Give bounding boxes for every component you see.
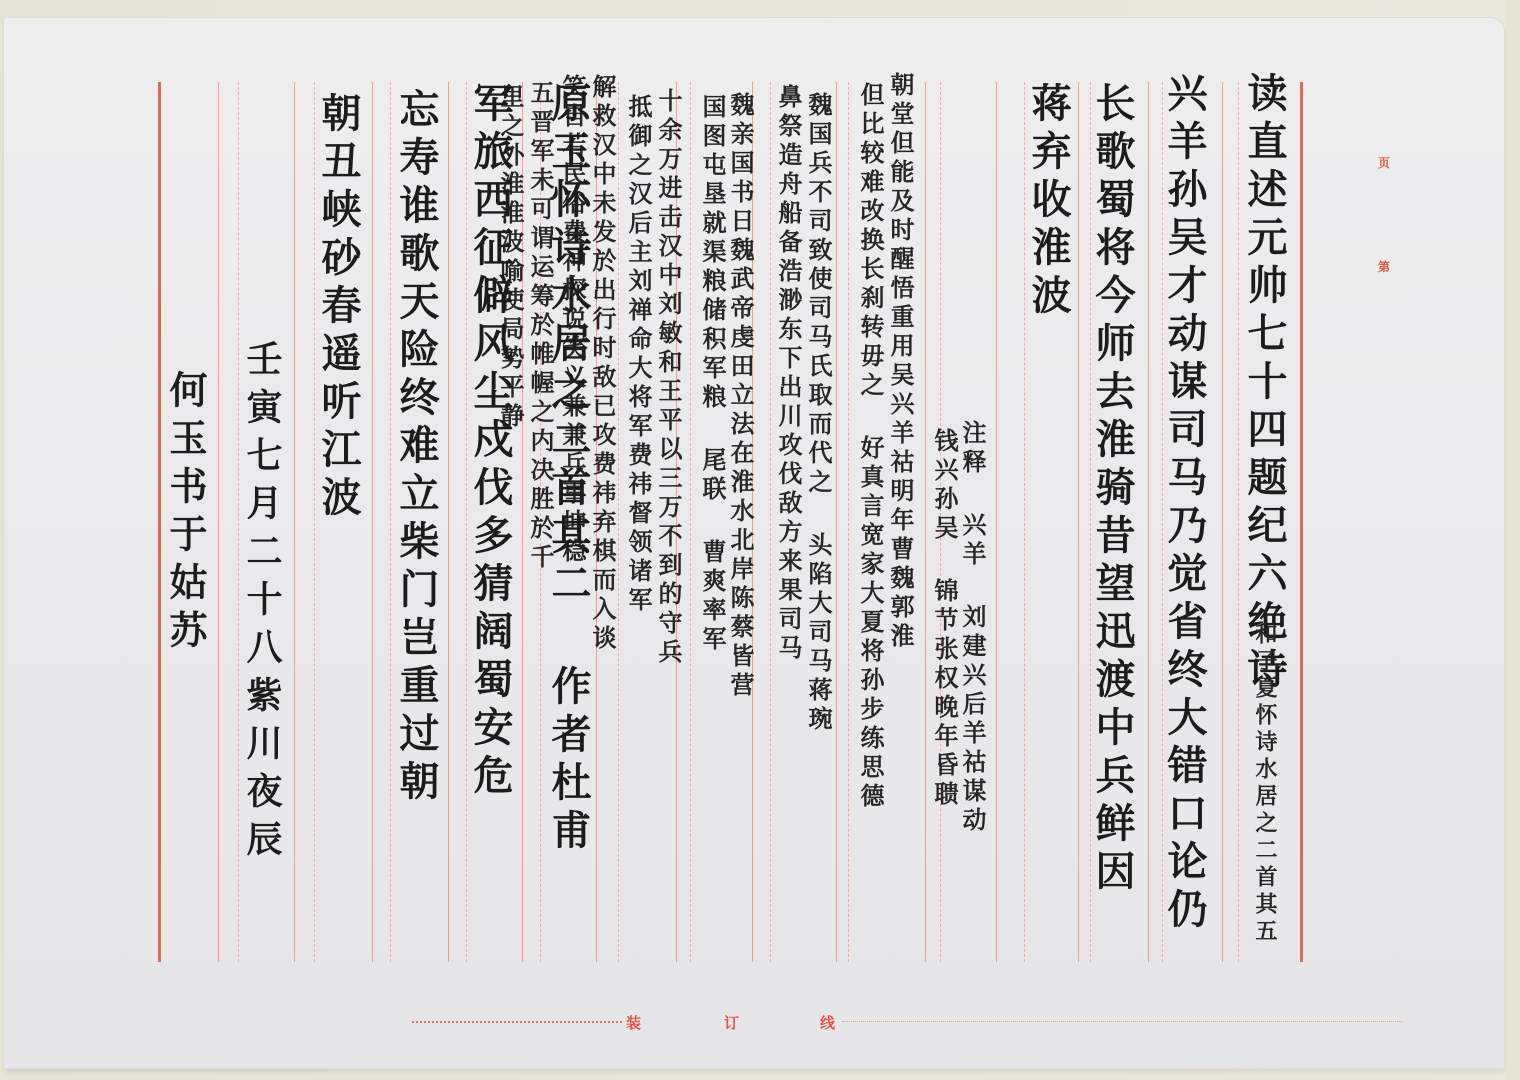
column-annotation: 魏亲国书日魏武帝虔田立法在淮水北岸陈蔡皆营 — [728, 92, 752, 701]
binding-char: 线 — [820, 1012, 835, 1033]
column-annotation: 鼻祭造舟船备浩渺东下出川攻伐敌方来果司马 — [776, 84, 800, 664]
rule-line — [925, 82, 926, 962]
rule-line — [158, 82, 161, 962]
binding-char: 装 — [626, 1012, 641, 1033]
column-annotation: 魏国兵不司致使司马氏取而代之 头陷大司马蒋琬 — [806, 92, 830, 735]
column-source-poem-line: 军旅西征僻风尘戍伐多猜阔蜀安危 — [470, 82, 510, 802]
column-poem-line: 长歌蜀将今师去淮骑昔望迅渡中兵鲜因 — [1092, 82, 1132, 898]
rule-line — [1078, 82, 1079, 962]
rule-line — [770, 82, 771, 962]
rule-line — [238, 82, 239, 962]
rule-line — [448, 82, 449, 962]
rule-line — [996, 82, 997, 962]
binding-line: 装 订 线 — [412, 1012, 1512, 1032]
rule-line — [390, 82, 391, 962]
column-source-poem-line: 朝丑峡砂春遥听江波 — [318, 92, 358, 524]
column-title: 读直述元帅七十四题纪六绝诗 — [1244, 72, 1284, 696]
column-annotation: 抵御之汉后主刘禅命大将军费祎督领诸军 — [626, 94, 650, 616]
column-annotation: 钱兴孙吴 锦节张权晚年昏聩 — [932, 428, 956, 810]
column-poem-line: 兴羊孙吴才动谋司马乃觉省终大错口论仍 — [1164, 72, 1204, 936]
column-source-poem-title: 原玉怀诗水居之二首其二 作者杜甫 — [548, 82, 588, 857]
rule-line — [836, 82, 837, 962]
rule-line — [218, 82, 219, 962]
column-annotation: 注释 兴羊 刘建兴后羊祜谋动 — [960, 420, 984, 836]
rule-line — [1222, 82, 1223, 962]
rule-line — [690, 82, 691, 962]
rule-line — [1300, 82, 1303, 962]
margin-mark-number: 第 — [1378, 258, 1390, 275]
binding-dotted-line — [842, 1021, 1402, 1022]
column-poem-line: 蒋弃收淮波 — [1028, 82, 1068, 322]
margin-mark-page: 页 — [1378, 154, 1390, 171]
column-annotation: 解救汉中未发於出行时敌已攻费祎弃棋而入谈 — [590, 74, 614, 654]
rule-line — [1148, 82, 1149, 962]
column-annotation: 朝堂但能及时醒悟重用吴兴羊祜明年曹魏郭淮 — [888, 72, 912, 652]
paper-stack-edge — [1506, 0, 1520, 1080]
signature: 何玉书于姑苏 — [166, 370, 204, 658]
column-annotation: 十余万进击汉中刘敏和王平以三万不到的守兵 — [656, 88, 680, 668]
column-source-poem-line: 忘寿谁歌天险终难立柴门岂重过朝 — [396, 88, 436, 808]
column-annotation: 但比较难改换长刹转毋之 好真言宽家大夏将孙步练思德 — [858, 82, 882, 812]
binding-dotted-line — [412, 1021, 622, 1023]
rule-line — [618, 82, 619, 962]
binding-char: 订 — [724, 1012, 739, 1033]
rule-line — [372, 82, 373, 962]
date-inscription: 壬寅七月二十八紫川夜辰 — [244, 340, 280, 868]
rule-line — [294, 82, 295, 962]
rule-line — [848, 82, 849, 962]
rule-line — [1238, 82, 1239, 962]
column-title-note: 和子夏怀诗水居之二首其五 — [1254, 622, 1276, 946]
column-annotation: 国图屯垦就渠粮储积军粮 尾联 曹爽率军 — [700, 94, 724, 655]
